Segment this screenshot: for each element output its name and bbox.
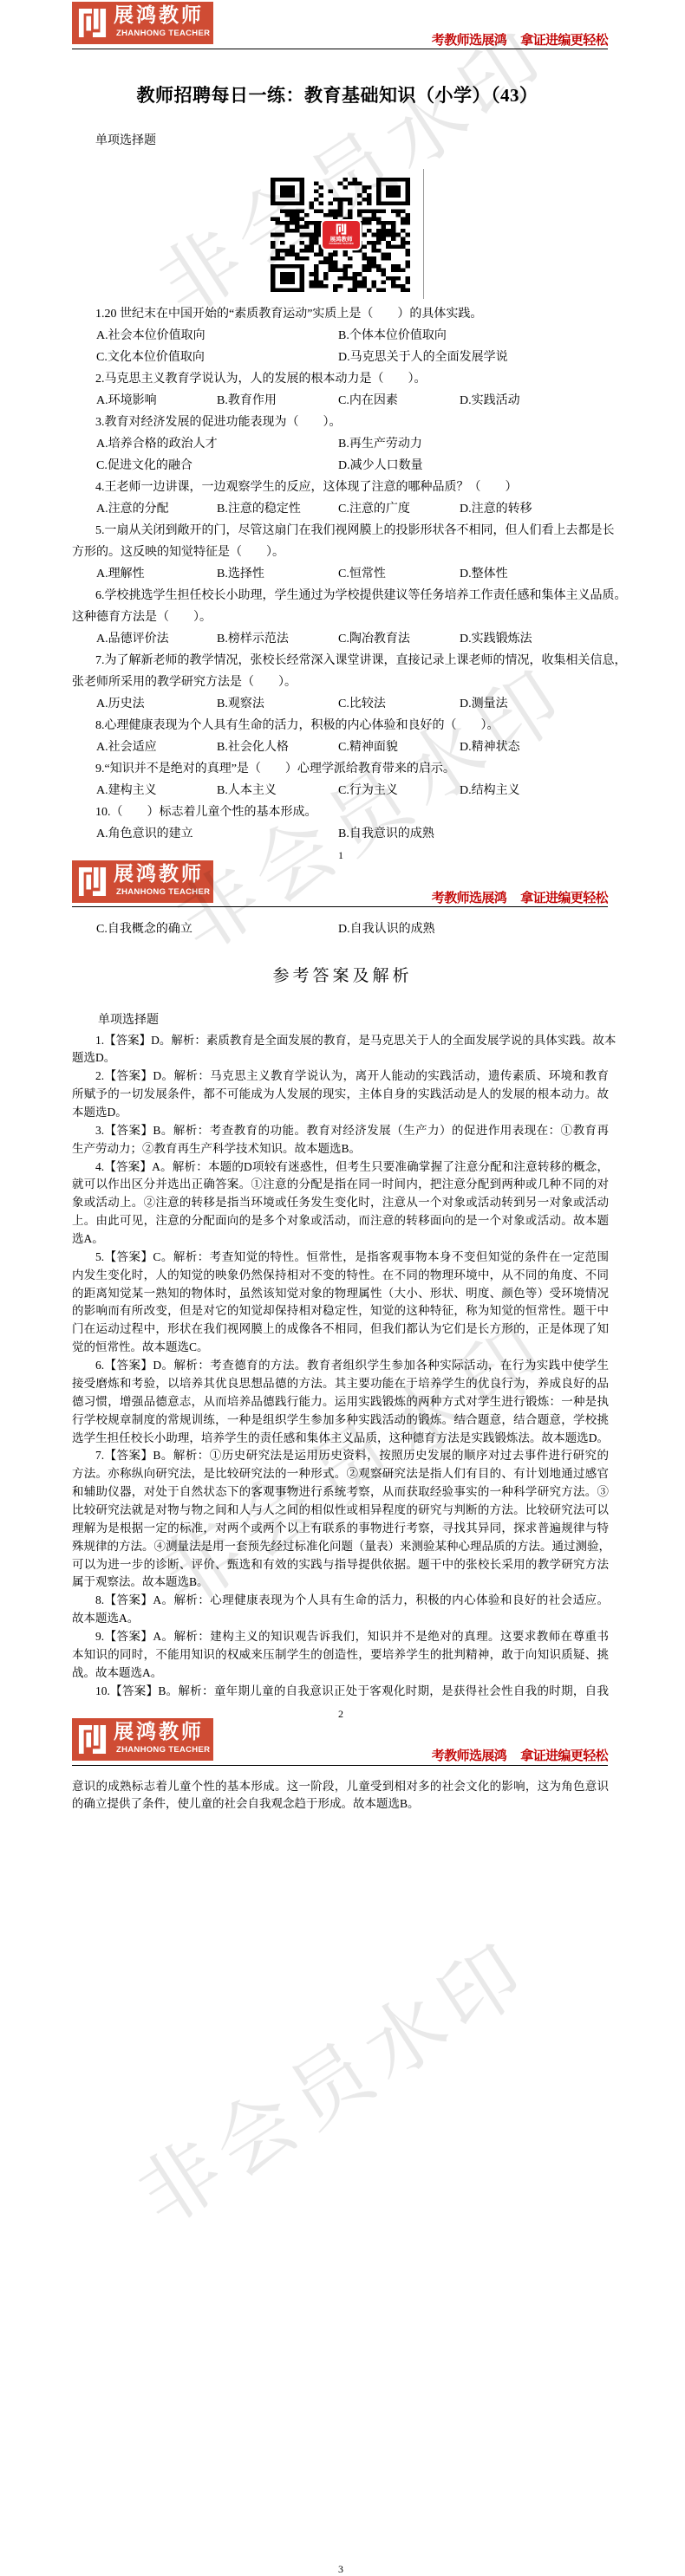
option-c: C.内在因素 [338,390,398,412]
slogan-part-2: 拿证进编更轻松 [520,890,608,905]
answer-text: 4.【答案】A。解析：本题的D项较有迷惑性，但考生只要准确掌握了注意分配和注意转… [72,1158,609,1177]
answer-text: 德习惯，增强品德意志，从而培养品德践行能力。运用实践锻炼的两种方式对学生进行锻炼… [72,1393,609,1411]
question-list: 1.20 世纪末在中国开始的“素质教育运动”实质上是（ ）的具体实践。 A.社会… [72,303,611,845]
option-a: A.注意的分配 [96,498,169,520]
logo-english-name: ZHANHONG TEACHER [116,1745,210,1755]
table-border-line [423,169,424,299]
answer-3: 3.【答案】B。解析：考查教育的功能。教育对经济发展（生产力）的促进作用表现在：… [72,1122,609,1158]
option-row: C.促进文化的融合 D.减少人口数量 [72,455,611,477]
answer-8: 8.【答案】A。解析：心理健康表现为个人具有生命的活力，积极的内心体验和良好的社… [72,1592,609,1628]
answer-text: 战。故本题选A。 [72,1664,609,1683]
brand-mark-icon [336,224,347,235]
answer-text: 8.【答案】A。解析：心理健康表现为个人具有生命的活力，积极的内心体验和良好的社… [72,1592,609,1610]
logo-english-name: ZHANHONG TEACHER [116,29,210,38]
question-stem: 4.王老师一边讲课，一边观察学生的反应，这体现了注意的哪种品质？（ ） [72,477,611,498]
option-c: C.文化本位价值取向 [96,347,205,368]
option-row: A.环境影响 B.教育作用 C.内在因素 D.实践活动 [72,390,611,412]
question-10-continued: C.自我概念的确立 D.自我认识的成熟 [72,918,611,940]
section-label: 单项选择题 [98,1013,159,1028]
answer-4: 4.【答案】A。解析：本题的D项较有迷惑性，但考生只要准确掌握了注意分配和注意转… [72,1158,609,1249]
question-1: 1.20 世纪末在中国开始的“素质教育运动”实质上是（ ）的具体实践。 A.社会… [72,303,611,368]
question-3: 3.教育对经济发展的促进功能表现为（ ）。 A.培养合格的政治人才 B.再生产劳… [72,412,611,477]
answer-text: 内发生变化时，人的知觉的映象仍然保持相对不变的特性。在不同的物理环境中，从不同的… [72,1267,609,1285]
option-b: B.教育作用 [217,390,277,412]
answer-text: 选A。 [72,1230,609,1249]
logo-chinese-name: 展鸿教师 [114,1721,204,1743]
answer-text: 的影响而有所改变，但是对它的知觉却保持相对稳定性，知觉的这种特征，称为知觉的恒常… [72,1302,609,1320]
option-b: B.注意的稳定性 [217,498,301,520]
answer-text: 10.【答案】B。解析：童年期儿童的自我意识正处于客观化时期，是获得社会性自我的… [72,1683,609,1701]
section-label: 单项选择题 [95,133,156,149]
question-stem: 9.“知识并不是绝对的真理”是（ ）心理学派给教育带来的启示。 [72,758,611,780]
answer-text: 9.【答案】A。解析：建构主义的知识观告诉我们，知识并不是绝对的真理。这要求教师… [72,1628,609,1646]
brand-mark-icon [78,1723,107,1755]
slogan-part-1: 考教师选展鸿 [432,890,506,905]
header-divider [72,49,608,49]
answer-2: 2.【答案】D。解析：马克思主义教育学说认为，离开人能动的实践活动，遗传素质、环… [72,1067,609,1122]
question-10: 10.（ ）标志着儿童个性的基本形成。 A.角色意识的建立 B.自我意识的成熟 [72,801,611,845]
option-b: B.自我意识的成熟 [338,823,434,845]
answer-text: 意识的成熟标志着儿童个性的基本形成。这一阶段，儿童受到相对多的社会文化的影响，这… [72,1778,609,1796]
option-d: D.测量法 [460,693,508,715]
option-row: C.文化本位价值取向 D.马克思关于人的全面发展学说 [72,347,611,368]
option-row: A.建构主义 B.人本主义 C.行为主义 D.结构主义 [72,780,611,801]
option-d: D.结构主义 [460,780,520,801]
option-c: C.行为主义 [338,780,398,801]
option-row: A.角色意识的建立 B.自我意识的成熟 [72,823,611,845]
brand-logo: 展鸿教师 ZHANHONG TEACHER [72,1718,213,1761]
question-stem: 2.马克思主义教育学说认为，人的发展的根本动力是（ ）。 [72,368,611,390]
answer-9: 9.【答案】A。解析：建构主义的知识观告诉我们，知识并不是绝对的真理。这要求教师… [72,1628,609,1683]
question-2: 2.马克思主义教育学说认为，人的发展的根本动力是（ ）。 A.环境影响 B.教育… [72,368,611,412]
option-c: C.陶冶教育法 [338,628,410,650]
answer-text: 本题选D。 [72,1104,609,1122]
answer-text: 5.【答案】C。解析：考查知觉的特性。恒常性，是指客观事物本身不变但知觉的条件在… [72,1249,609,1267]
option-d: D.自我认识的成熟 [338,918,435,940]
answer-text: 的距离知觉某一熟知的物体时，虽然该知觉对象的物理属性（大小、形状、明度、颜色等）… [72,1285,609,1303]
answer-text: 的确立提供了条件，使儿童的社会自我观念趋于形成。故本题选B。 [72,1795,609,1814]
answer-text: 觉的恒常性。故本题选C。 [72,1339,609,1357]
question-5: 5.一扇从关闭到敞开的门，尽管这扇门在我们视网膜上的投影形状各不相同，但人们看上… [72,520,611,585]
option-d: D.实践锻炼法 [460,628,532,650]
option-c: C.促进文化的融合 [96,455,192,477]
logo-chinese-name: 展鸿教师 [114,863,204,886]
brand-logo: 展鸿教师 ZHANHONG TEACHER [72,860,213,903]
option-row: A.理解性 B.选择性 C.恒常性 D.整体性 [72,563,611,585]
answer-text: 生产劳动力；②教育再生产科学技术知识。故本题选B。 [72,1140,609,1158]
page-3: 展鸿教师 ZHANHONG TEACHER 考教师选展鸿拿证进编更轻松 意识的成… [0,1716,685,2576]
question-stem-continued: 这种德育方法是（ ）。 [72,607,611,628]
answer-7: 7.【答案】B。解析：①历史研究法是运用历史资料，按照历史发展的顺序对过去事件进… [72,1447,609,1592]
logo-english-name: ZHANHONG TEACHER [116,887,210,897]
option-b: B.个体本位价值取向 [338,325,447,347]
brand-mark-icon [78,7,107,39]
answer-text: 7.【答案】B。解析：①历史研究法是运用历史资料，按照历史发展的顺序对过去事件进… [72,1447,609,1465]
answer-text: 选学生担任校长小助理，培养学生的责任感和集体主义品质，这种德育方法是实践锻炼法。… [72,1430,609,1448]
slogan-part-2: 拿证进编更轻松 [520,1748,608,1763]
question-stem: 7.为了解新老师的教学情况，张校长经常深入课堂讲课，直接记录上课老师的情况，收集… [72,650,611,672]
question-stem: 8.心理健康表现为个人具有生命的活力，积极的内心体验和良好的（ ）。 [72,715,611,736]
answer-text: 2.【答案】D。解析：马克思主义教育学说认为，离开人能动的实践活动，遗传素质、环… [72,1067,609,1086]
option-d: D.马克思关于人的全面发展学说 [338,347,508,368]
option-a: A.社会本位价值取向 [96,325,205,347]
option-row: C.自我概念的确立 D.自我认识的成熟 [72,918,611,940]
question-stem-continued: 方形的。这反映的知觉特征是（ ）。 [72,542,611,563]
answer-text: 和辅助仪器，对处于自然状态下的客观事物进行系统考察，从而获取经验事实的一种科学研… [72,1483,609,1502]
answer-text: 接受磨炼和考验，以培养其优良思想品德的方法。其主要功能在于培养学生的优良行为，养… [72,1375,609,1393]
answer-text: 象或活动上。②注意的转移是指当环境或任务发生变化时，注意从一个对象或活动转到另一… [72,1194,609,1212]
option-a: A.环境影响 [96,390,157,412]
option-a: A.品德评价法 [96,628,169,650]
option-row: A.历史法 B.观察法 C.比较法 D.测量法 [72,693,611,715]
answer-1: 1.【答案】D。解析：素质教育是全面发展的教育，是马克思关于人的全面发展学说的具… [72,1032,609,1068]
option-c: C.比较法 [338,693,386,715]
qr-logo-chinese-name: 展鸿教师 [323,236,360,243]
option-a: A.培养合格的政治人才 [96,433,218,455]
answer-text: 本知识的同时，不能用知识的权威来压制学生的创造性，要培养学生的批判精神，敢于向知… [72,1646,609,1664]
slogan-part-2: 拿证进编更轻松 [520,32,608,48]
logo-chinese-name: 展鸿教师 [114,4,204,27]
option-d: D.减少人口数量 [338,455,423,477]
brand-mark-icon [78,866,107,898]
answer-10: 10.【答案】B。解析：童年期儿童的自我意识正处于客观化时期，是获得社会性自我的… [72,1683,609,1701]
slogan-part-1: 考教师选展鸿 [432,32,506,48]
question-4: 4.王老师一边讲课，一边观察学生的反应，这体现了注意的哪种品质？（ ） A.注意… [72,477,611,520]
qr-code: 展鸿教师 ZHANHONG TEACHER [271,178,410,292]
header-slogan: 考教师选展鸿拿证进编更轻松 [432,1748,608,1763]
answer-text: 方法。亦称纵向研究法，是比较研究法的一种形式。②观察研究法是指人们有目的、有计划… [72,1465,609,1483]
option-b: B.榜样示范法 [217,628,289,650]
answer-text: 就可以作出区分并选出正确答案。①注意的分配是指在同一时间内，把注意分配到两种或几… [72,1176,609,1194]
option-c: C.注意的广度 [338,498,410,520]
header-divider [72,1765,608,1766]
answer-5: 5.【答案】C。解析：考查知觉的特性。恒常性，是指客观事物本身不变但知觉的条件在… [72,1249,609,1357]
answer-text: 故本题选A。 [72,1610,609,1628]
answer-list: 1.【答案】D。解析：素质教育是全面发展的教育，是马克思关于人的全面发展学说的具… [72,1032,609,1701]
option-row: A.注意的分配 B.注意的稳定性 C.注意的广度 D.注意的转移 [72,498,611,520]
question-8: 8.心理健康表现为个人具有生命的活力，积极的内心体验和良好的（ ）。 A.社会适… [72,715,611,758]
answer-text: 3.【答案】B。解析：考查教育的功能。教育对经济发展（生产力）的促进作用表现在：… [72,1122,609,1140]
answer-text: 6.【答案】D。解析：考查德育的方法。教育者组织学生参加各种实际活动，在行为实践… [72,1357,609,1375]
option-c: C.恒常性 [338,563,386,585]
answer-text: 1.【答案】D。解析：素质教育是全面发展的教育，是马克思关于人的全面发展学说的具… [72,1032,609,1050]
answer-text: 所赋予的一切发展条件，都不可能成为人发展的现实，主体自身的实践活动是人的发展的根… [72,1086,609,1104]
option-a: A.历史法 [96,693,145,715]
document-title: 教师招聘每日一练：教育基础知识（小学）（43） [0,84,675,107]
question-9: 9.“知识并不是绝对的真理”是（ ）心理学派给教育带来的启示。 A.建构主义 B… [72,758,611,801]
option-a: A.社会适应 [96,736,157,758]
answer-text: 门在运动过程中，形状在我们视网膜上的成像各不相同，但我们都认为它们是长方形的，正… [72,1320,609,1339]
option-d: D.实践活动 [460,390,520,412]
answer-text: 殊规律的方法。④测量法是用一套预先经过标准化问题（量表）来测验某种心理品质的方法… [72,1538,609,1556]
answer-key-title: 参考答案及解析 [0,965,685,988]
page-number: 3 [0,2563,682,2575]
option-a: A.建构主义 [96,780,157,801]
answer-text: 比较研究法就是对物与物之间和人与人之间的相似性或相异程度的研究与判断的方法。比较… [72,1502,609,1520]
answer-text: 题选D。 [72,1049,609,1067]
option-a: A.角色意识的建立 [96,823,193,845]
question-stem: 3.教育对经济发展的促进功能表现为（ ）。 [72,412,611,433]
qr-logo-english-name: ZHANHONG TEACHER [323,243,360,245]
option-c: C.精神面貌 [338,736,398,758]
option-b: B.观察法 [217,693,264,715]
question-7: 7.为了解新老师的教学情况，张校长经常深入课堂讲课，直接记录上课老师的情况，收集… [72,650,611,715]
option-b: B.人本主义 [217,780,277,801]
option-d: D.整体性 [460,563,508,585]
option-a: A.理解性 [96,563,145,585]
answer-text: 行学校规章制度的常规训练，一种是组织学生参加多种实践活动的锻炼。结合题意，结合题… [72,1411,609,1430]
question-stem: 5.一扇从关闭到敞开的门，尽管这扇门在我们视网膜上的投影形状各不相同，但人们看上… [72,520,611,542]
answer-text: 理解为是根据一定的标准，对两个或两个以上有联系的事物进行考察，寻找其异同，探求普… [72,1520,609,1538]
option-b: B.选择性 [217,563,264,585]
option-row: A.社会本位价值取向 B.个体本位价值取向 [72,325,611,347]
brand-logo: 展鸿教师 ZHANHONG TEACHER [72,2,213,44]
answer-10-continued: 意识的成熟标志着儿童个性的基本形成。这一阶段，儿童受到相对多的社会文化的影响，这… [72,1778,609,1814]
page-2: 展鸿教师 ZHANHONG TEACHER 考教师选展鸿拿证进编更轻松 C.自我… [0,858,685,1716]
option-row: A.社会适应 B.社会化人格 C.精神面貌 D.精神状态 [72,736,611,758]
answer-6: 6.【答案】D。解析：考查德育的方法。教育者组织学生参加各种实际活动，在行为实践… [72,1357,609,1447]
option-row: A.品德评价法 B.榜样示范法 C.陶冶教育法 D.实践锻炼法 [72,628,611,650]
option-b: B.再生产劳动力 [338,433,422,455]
qr-center-logo: 展鸿教师 ZHANHONG TEACHER [323,221,360,249]
option-b: B.社会化人格 [217,736,289,758]
option-d: D.注意的转移 [460,498,532,520]
answer-text: 属于观察法。故本题选B。 [72,1574,609,1592]
header-divider [72,906,608,907]
question-6: 6.学校挑选学生担任校长小助理，学生通过为学校提供建议等任务培养工作责任感和集体… [72,585,611,650]
answer-text: 上。由此可见，注意的分配面向的是多个对象或活动，而注意的转移面向的是一个对象或活… [72,1212,609,1230]
option-c: C.自我概念的确立 [96,918,192,940]
slogan-part-1: 考教师选展鸿 [432,1748,506,1763]
header-slogan: 考教师选展鸿拿证进编更轻松 [432,32,608,48]
option-row: A.培养合格的政治人才 B.再生产劳动力 [72,433,611,455]
page-1: 展鸿教师 ZHANHONG TEACHER 考教师选展鸿拿证进编更轻松 教师招聘… [0,0,685,858]
question-stem: 1.20 世纪末在中国开始的“素质教育运动”实质上是（ ）的具体实践。 [72,303,611,325]
question-stem: 6.学校挑选学生担任校长小助理，学生通过为学校提供建议等任务培养工作责任感和集体… [72,585,611,607]
answer-text: 可以为进一步的诊断、评价、甄选和有效的实践与指导提供依据。题干中的张校长采用的教… [72,1556,609,1574]
question-stem-continued: 张老师所采用的教学研究方法是（ ）。 [72,672,611,693]
header-slogan: 考教师选展鸿拿证进编更轻松 [432,890,608,905]
question-stem: 10.（ ）标志着儿童个性的基本形成。 [72,801,611,823]
option-d: D.精神状态 [460,736,520,758]
